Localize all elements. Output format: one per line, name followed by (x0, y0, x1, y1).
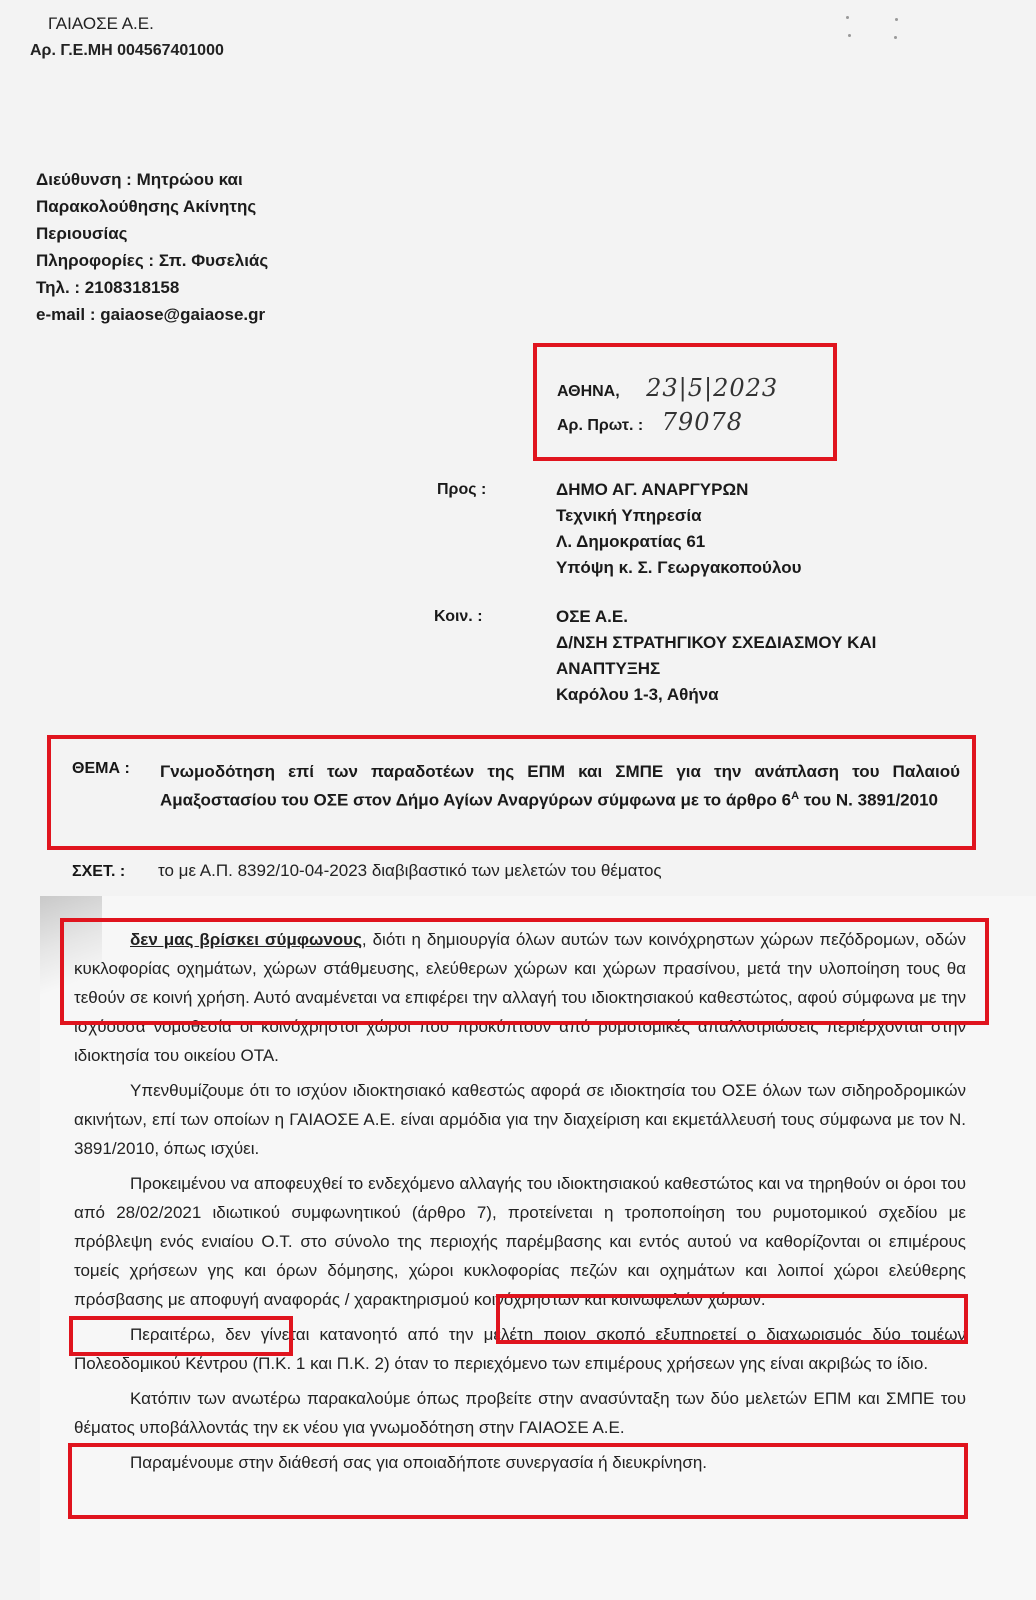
to-line: Λ. Δημοκρατίας 61 (556, 529, 801, 555)
cc-line: ΟΣΕ Α.Ε. (556, 604, 876, 630)
cc-line: Δ/ΝΣΗ ΣΤΡΑΤΗΓΙΚΟΥ ΣΧΕΔΙΑΣΜΟΥ ΚΑΙ (556, 630, 876, 656)
city-label: ΑΘΗΝΑ, (557, 383, 620, 400)
phone: Τηλ. : 2108318158 (36, 274, 268, 301)
scan-speck (894, 36, 897, 39)
info-contact: Πληροφορίες : Σπ. Φυσελιάς (36, 247, 268, 274)
avoidance-phrase-continuation-box (69, 1316, 293, 1356)
avoidance-phrase-highlight-box (496, 1294, 968, 1344)
handwritten-date: 23|5|2023 (646, 374, 778, 402)
department-line: Περιουσίας (36, 220, 268, 247)
cc-line: ΑΝΑΠΤΥΞΗΣ (556, 656, 876, 682)
reference-text: το με Α.Π. 8392/10-04-2023 διαβιβαστικό … (158, 861, 662, 881)
to-label: Προς : (437, 481, 486, 499)
to-recipient: ΔΗΜΟ ΑΓ. ΑΝΑΡΓΥΡΩΝ Τεχνική Υπηρεσία Λ. Δ… (556, 477, 801, 581)
department-line: Παρακολούθησης Ακίνητης (36, 193, 268, 220)
email: e-mail : gaiaose@gaiaose.gr (36, 301, 268, 328)
reference-label: ΣΧΕΤ. : (72, 858, 125, 885)
issuer-block: ΓΑΙΑΟΣΕ Α.Ε. Αρ. Γ.Ε.ΜΗ 004567401000 (48, 10, 224, 64)
to-line: ΔΗΜΟ ΑΓ. ΑΝΑΡΓΥΡΩΝ (556, 477, 801, 503)
org-name: ΓΑΙΑΟΣΕ Α.Ε. (48, 10, 224, 37)
subject-label: ΘΕΜΑ : (72, 755, 130, 782)
cc-recipient: ΟΣΕ Α.Ε. Δ/ΝΣΗ ΣΤΡΑΤΗΓΙΚΟΥ ΣΧΕΔΙΑΣΜΟΥ ΚΑ… (556, 604, 876, 708)
scan-speck (848, 34, 851, 37)
date-block: ΑΘΗΝΑ, 23|5|2023 Αρ. Πρωτ. : 79078 (557, 373, 778, 441)
paragraph-5: Κατόπιν των ανωτέρω παρακαλούμε όπως προ… (74, 1384, 966, 1442)
scan-speck (895, 18, 898, 21)
request-highlight-box (68, 1443, 968, 1519)
cc-line: Καρόλου 1-3, Αθήνα (556, 682, 876, 708)
handwritten-protocol: 79078 (662, 408, 743, 436)
department-block: Διεύθυνση : Μητρώου και Παρακολούθησης Α… (36, 166, 268, 328)
paragraph-2: Υπενθυμίζουμε ότι το ισχύον ιδιοκτησιακό… (74, 1076, 966, 1163)
to-line: Τεχνική Υπηρεσία (556, 503, 801, 529)
paragraph-1-highlight-box (60, 918, 989, 1025)
paragraph-3: Προκειμένου να αποφευχθεί το ενδεχόμενο … (74, 1169, 966, 1314)
cc-label: Κοιν. : (434, 608, 483, 626)
department-line: Διεύθυνση : Μητρώου και (36, 166, 268, 193)
gemh-number: Αρ. Γ.Ε.ΜΗ 004567401000 (30, 37, 224, 64)
to-line: Υπόψη κ. Σ. Γεωργακοπούλου (556, 555, 801, 581)
subject-text: Γνωμοδότηση επί των παραδοτέων της ΕΠΜ κ… (160, 760, 960, 813)
scan-speck (846, 16, 849, 19)
protocol-label: Αρ. Πρωτ. : (557, 417, 643, 434)
